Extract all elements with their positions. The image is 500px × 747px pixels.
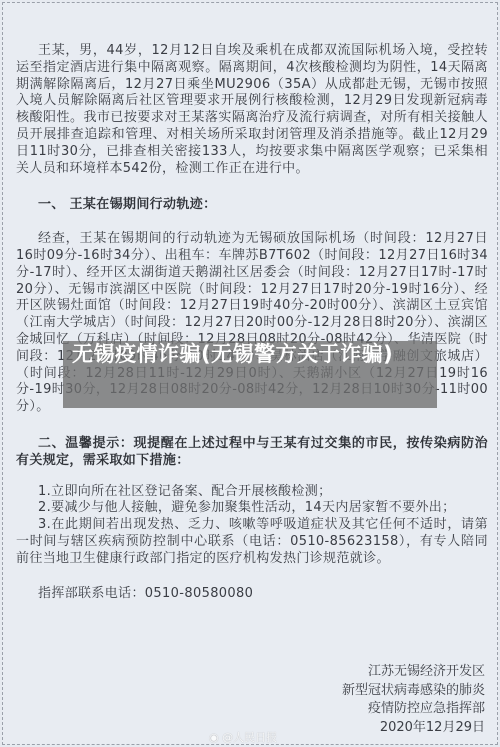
section2-heading: 二、温馨提示：现提醒在上述过程中与王某有过交集的市民，按传染病防治有关规定，需采… [16, 436, 488, 470]
overlay-title: 无锡疫情诈骗(无锡警方关于诈骗) [72, 341, 422, 368]
signature-org-line: 江苏无锡经济开发区 [342, 663, 485, 682]
signature-date: 2020年12月29日 [342, 719, 485, 738]
measure-item: 3.在此期间若出现发热、乏力、咳嗽等呼吸道症状及其它任何不适时，请第一时间与辖区… [16, 517, 488, 567]
intro-paragraph: 王某，男，44岁，12月12日自埃及乘机在成都双流国际机场入境，受控转运至指定酒… [16, 43, 488, 177]
section1-heading: 一、 王某在锡期间行动轨迹： [16, 197, 488, 214]
measure-item: 2.要减少与他人接触，避免参加聚集性活动，14天内居家暂不要外出； [16, 500, 488, 517]
signature-block: 江苏无锡经济开发区 新型冠状病毒感染的肺炎 疫情防控应急指挥部 2020年12月… [342, 663, 485, 737]
weibo-icon: ◉ [209, 731, 222, 744]
document-body: 王某，男，44岁，12月12日自埃及乘机在成都双流国际机场入境，受控转运至指定酒… [16, 3, 488, 602]
signature-org-line: 新型冠状病毒感染的肺炎 [342, 682, 485, 701]
signature-org-line: 疫情防控应急指挥部 [342, 700, 485, 719]
weibo-watermark: ◉ @人民日报 [209, 729, 277, 745]
hotline: 指挥部联系电话：0510-80580080 [16, 586, 488, 603]
watermark-text: @人民日报 [222, 731, 277, 744]
measure-item: 1.立即向所在社区登记备案、配合开展核酸检测； [16, 484, 488, 501]
